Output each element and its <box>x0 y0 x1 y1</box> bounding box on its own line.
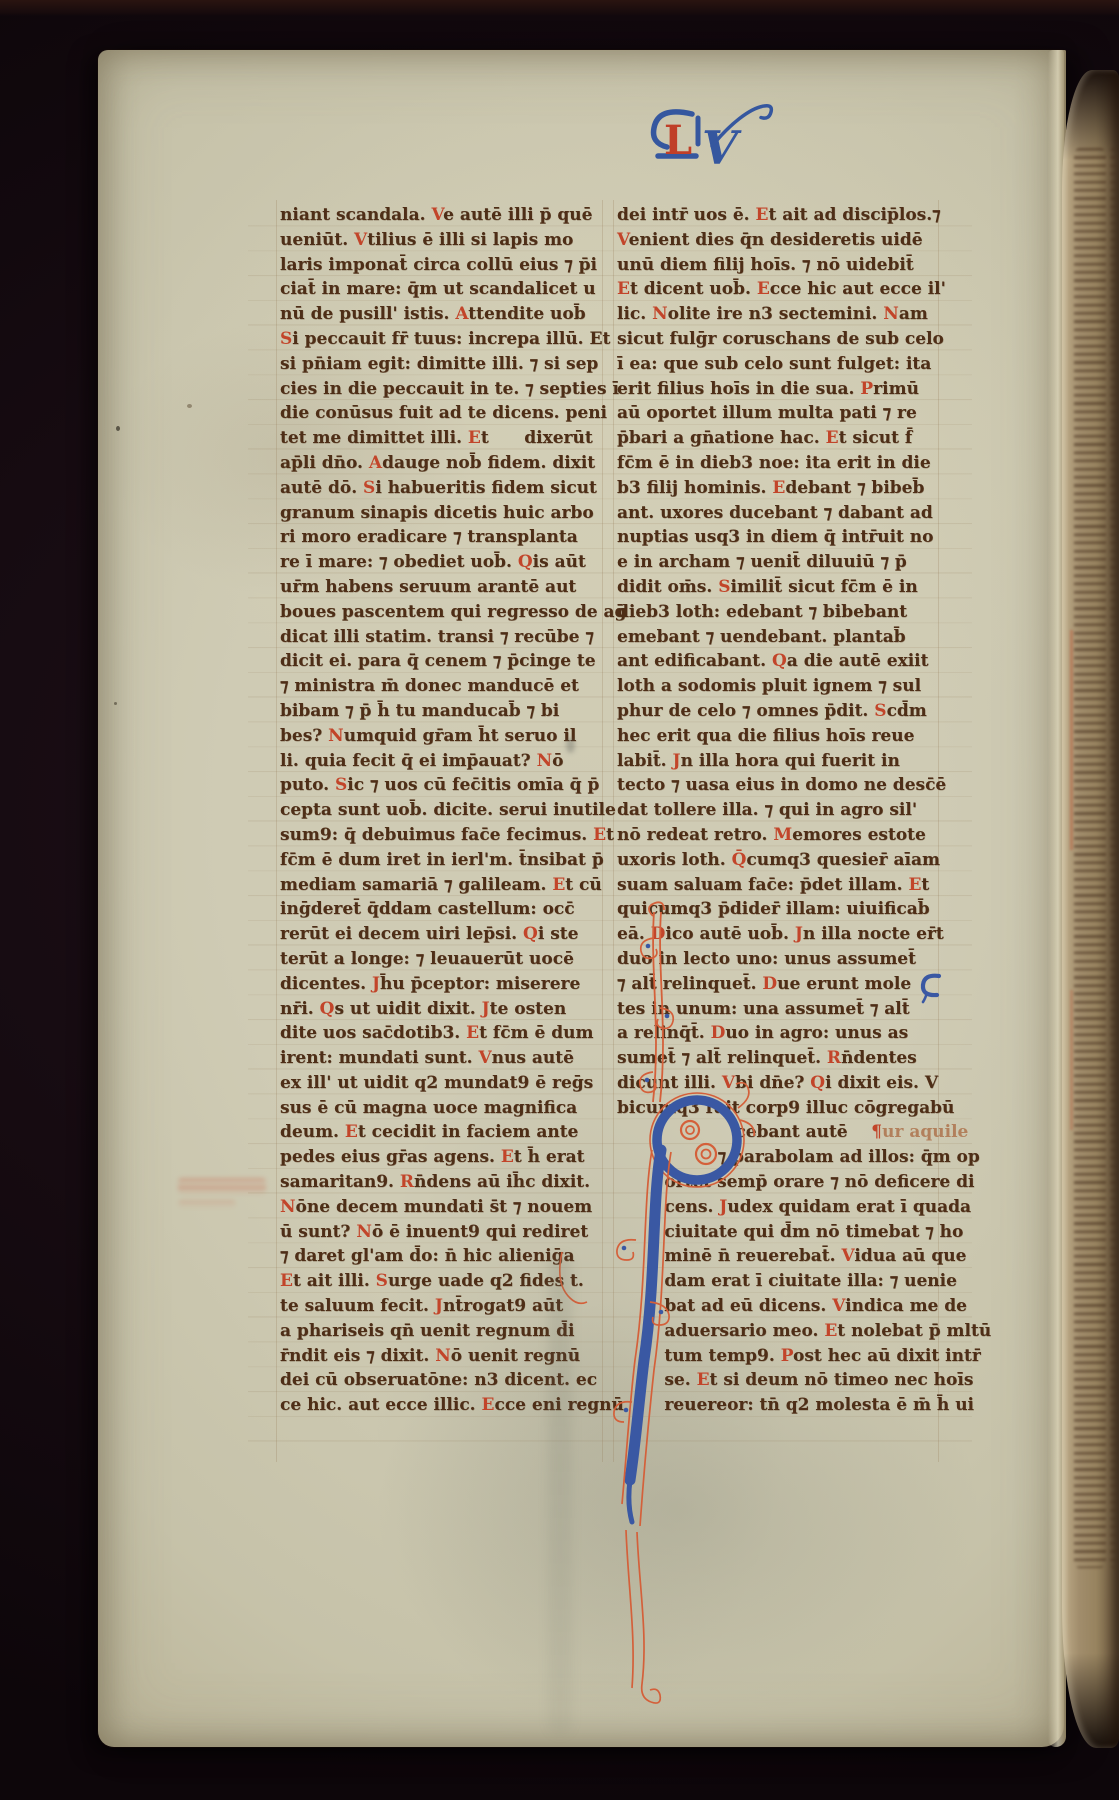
text-line: niant scandala. Ve autē illi p̄ quē <box>280 205 614 230</box>
text-line: nū de pusill' istis. Attendite uob̄ <box>280 304 614 329</box>
text-line: ⁊ ministra m̄ donec manducē et <box>280 676 614 701</box>
text-line: b3 filij hominis. Edebant ⁊ bibeb̄ <box>617 478 951 503</box>
text-line: re ī mare: ⁊ obediet uob̄. Qis aūt <box>280 552 614 577</box>
text-line: aduersario meo. Et nolebat p̄ mltū <box>617 1321 951 1346</box>
parchment-speck <box>566 738 575 753</box>
parchment-speck <box>187 404 192 408</box>
text-line: terūt a longe: ⁊ leuauerūt uocē <box>280 949 614 974</box>
next-page-red-showthrough <box>1070 630 1073 850</box>
text-line: labit̄. Jn illa hora qui fuerit in <box>617 751 951 776</box>
text-line: ueniūt. Vtilius ē illi si lapis mo <box>280 230 614 255</box>
text-line: suam saluam fac̄e: p̄det illam. Et <box>617 875 951 900</box>
text-line: eā. Dico autē uob̄. Jn illa nocte er̄t <box>617 924 951 949</box>
text-line: cepta sunt uob̄. dicite. serui inutile <box>280 800 614 825</box>
next-page-blurred-text-thin <box>1110 148 1116 1568</box>
text-line: erit filius hoīs in die sua. Primū <box>617 379 951 404</box>
text-line: sumet̄ ⁊ alt̄ relinquet̄. Rn̄dentes <box>617 1048 951 1073</box>
text-line: lic. Nolite ire n3 sectemini. Nam <box>617 304 951 329</box>
text-line: dicunt illi. Vbi dn̄e? Qi dixit eis. V <box>617 1073 951 1098</box>
text-line: ex ill' ut uidit q2 mundat9 ē reḡs <box>280 1073 614 1098</box>
text-line: li. quia fecit q̄ ei imp̄auat? Nō <box>280 751 614 776</box>
red-marginal-smudge-small <box>178 1200 236 1208</box>
text-line: dicat illi statim. transi ⁊ recūbe ⁊ <box>280 627 614 652</box>
text-line: ant. uxores ducebant ⁊ dabant ad <box>617 503 951 528</box>
text-line: bes? Numquid gr̄am h̄t seruo il <box>280 726 614 751</box>
text-line: ur̄m habens seruum arantē aut <box>280 577 614 602</box>
text-line: inḡderet̄ q̄ddam castellum: occ̄ <box>280 899 614 924</box>
text-line: deum. Et cecidit in faciem ante <box>280 1122 614 1147</box>
text-line: granum sinapis dicetis huic arbo <box>280 503 614 528</box>
text-line: unū diem filij hoīs. ⁊ nō uidebit̄ <box>617 255 951 280</box>
text-line: ant edificabant. Qa die autē exiit <box>617 651 951 676</box>
text-line: mediam samariā ⁊ galileam. Et cū <box>280 875 614 900</box>
text-line: nuptias usq3 in diem q̄ intr̄uit no <box>617 527 951 552</box>
text-line: aū oportet illum multa pati ⁊ re <box>617 403 951 428</box>
parchment-speck <box>114 702 117 705</box>
text-line: uxoris loth. Q̄cumq3 quesier̄ aīam <box>617 850 951 875</box>
initial-tail-tip <box>629 1480 632 1522</box>
lower-red-line-1 <box>626 1530 633 1688</box>
next-page-blurred-text <box>1074 148 1106 1568</box>
running-title-ornament: L V <box>646 98 786 178</box>
text-line: dei intr̄ uos ē. Et ait ad discip̄los.⁊ <box>617 205 951 230</box>
text-line: bat ad eū dicens. Vindica me de <box>617 1296 951 1321</box>
text-line: cies in die peccauit in te. ⁊ septies ī <box>280 379 614 404</box>
text-line: bibam ⁊ p̄ h̄ tu manducab̄ ⁊ bi <box>280 701 614 726</box>
text-line: Nōne decem mundati s̄t ⁊ nouem <box>280 1197 614 1222</box>
text-line: rerūt ei decem uiri lep̄si. Qi ste <box>280 924 614 949</box>
text-line: dieb3 loth: edebant ⁊ bibebant <box>617 602 951 627</box>
text-line: boues pascentem qui regresso de aḡ <box>280 602 614 627</box>
text-column-right: dei intr̄ uos ē. Et ait ad discip̄los.⁊V… <box>617 205 951 1420</box>
text-line: puto. Sic ⁊ uos cū fec̄itis omīa q̄ p̄ <box>280 775 614 800</box>
lower-red-line-2 <box>637 1532 651 1702</box>
text-line: nō redeat retro. Memores estote <box>617 825 951 850</box>
text-line: dam erat ī ciuitate illa: ⁊ uenie <box>617 1271 951 1296</box>
photograph-backdrop: { "manuscript": { "running_title": { "re… <box>0 0 1119 1800</box>
text-line: reuereor: tn̄ q2 molesta ē m̄ h̄ ui <box>617 1395 951 1420</box>
text-line: si pn̄iam egit: dimitte illi. ⁊ si sep <box>280 354 614 379</box>
text-line: emebant ⁊ uendebant. plantab̄ <box>617 627 951 652</box>
text-line: ciat̄ in mare: q̄m ut scandalicet u <box>280 279 614 304</box>
text-line: quicumq3 p̄dider̄ illam: uiuificab̄ <box>617 899 951 924</box>
text-line: dicentes. Jh̄u p̄ceptor: miserere <box>280 974 614 999</box>
text-line: ciuitate qui d̄m nō timebat ⁊ ho <box>617 1222 951 1247</box>
text-line: se. Et si deum nō timeo nec hoīs <box>617 1370 951 1395</box>
parchment-speck <box>116 426 120 431</box>
text-line: pedes eius gr̄as agens. Et h̄ erat <box>280 1147 614 1172</box>
manuscript-page: L V niant scandala. Ve autē illi p̄ quēu… <box>98 50 1064 1747</box>
text-line: sum9: q̄ debuimus fac̄e fecimus. Et <box>280 825 614 850</box>
text-line: ri moro eradicare ⁊ transplanta <box>280 527 614 552</box>
red-marginal-smudge <box>178 1178 266 1194</box>
text-line: dicit ei. para q̄ cenem ⁊ p̄cinge te <box>280 651 614 676</box>
text-line: ortet semp̄ orare ⁊ nō deficere di <box>617 1172 951 1197</box>
gray-stain-streak <box>548 1255 572 1735</box>
text-line: duo in lecto uno: unus assumet̄ <box>617 949 951 974</box>
text-line: dat tollere illa. ⁊ qui in agro sil' <box>617 800 951 825</box>
text-line: a relinq̄t̄. Duo in agro: unus as <box>617 1023 951 1048</box>
fore-edge-pages <box>1062 70 1119 1748</box>
next-page-red-showthrough <box>1070 990 1073 1130</box>
text-line: sus ē cū magna uoce magnifica <box>280 1098 614 1123</box>
text-line: samaritan9. Rn̄dens aū ih̄c dixit. <box>280 1172 614 1197</box>
text-line: fc̄m ē dum iret in ierl'm. t̄nsibat p̄ <box>280 850 614 875</box>
text-line: tet me dimittet illi. Et dixerūt <box>280 428 614 453</box>
text-line: cens. Judex quidam erat ī quada <box>617 1197 951 1222</box>
text-line: autē dō. Si habueritis fidem sicut <box>280 478 614 503</box>
text-line: dite uos sac̄dotib3. Et fc̄m ē dum <box>280 1023 614 1048</box>
lower-end-curl <box>650 1689 660 1703</box>
text-line: irent: mundati sunt. Vnus autē <box>280 1048 614 1073</box>
text-line: Et dicent uob̄. Ecce hic aut ecce il' <box>617 279 951 304</box>
text-line: ī ea: que sub celo sunt fulget: ita <box>617 354 951 379</box>
text-line: Venient dies q̄n desideretis uidē <box>617 230 951 255</box>
text-line: tum temp9. Post hec aū dixit intr̄ <box>617 1346 951 1371</box>
text-line: ap̄li dn̄o. Adauge nob̄ fidem. dixit <box>280 453 614 478</box>
text-line: laris imponat̄ circa collū eius ⁊ p̄i <box>280 255 614 280</box>
text-line: bicumq3 fuit corp9 illuc cōgregabū <box>617 1098 951 1123</box>
text-line: didit om̄s. Similit̄ sicut fc̄m ē in <box>617 577 951 602</box>
text-line: tes in unum: una assumet̄ ⁊ alt̄ <box>617 999 951 1024</box>
text-line: sicut fulḡr coruschans de sub celo <box>617 329 951 354</box>
text-line: Si peccauit fr̄ tuus: increpa illū. Et <box>280 329 614 354</box>
text-line: ⁊ parabolam ad illos: q̄m op <box>617 1147 951 1172</box>
text-line: hec erit qua die filius hoīs reue <box>617 726 951 751</box>
text-line: nr̄i. Qs ut uidit dixit. Jte osten <box>280 999 614 1024</box>
text-line: fc̄m ē in dieb3 noe: ita erit in die <box>617 453 951 478</box>
text-line: ⁊ alt̄ relinquet̄. Due erunt mole <box>617 974 951 999</box>
backdrop-top-band <box>0 0 1119 16</box>
running-title-letter-blue: V <box>702 121 742 175</box>
text-line: ū sunt? Nō ē inuent9 qui rediret <box>280 1222 614 1247</box>
running-title: L V <box>646 98 786 178</box>
text-line: minē n̄ reuerebat̄. Vidua aū que <box>617 1246 951 1271</box>
text-line: die conūsus fuit ad te dicens. peni <box>280 403 614 428</box>
text-line: p̄bari a gn̄atione hac. Et sicut f̄ <box>617 428 951 453</box>
text-line: phur de celo ⁊ omnes p̄dit. Scd̄m <box>617 701 951 726</box>
running-title-letter-red: L <box>664 117 692 164</box>
ruling-vertical-1 <box>276 200 277 1462</box>
text-line: e in archam ⁊ uenit̄ diluuiū ⁊ p̄ <box>617 552 951 577</box>
text-line: loth a sodomis pluit ignem ⁊ sul <box>617 676 951 701</box>
text-line: tecto ⁊ uasa eius in domo ne desc̄ē <box>617 775 951 800</box>
text-column-left: niant scandala. Ve autē illi p̄ quēueniū… <box>280 205 614 1420</box>
text-line: cebant autē ¶ur aquile <box>617 1122 951 1147</box>
